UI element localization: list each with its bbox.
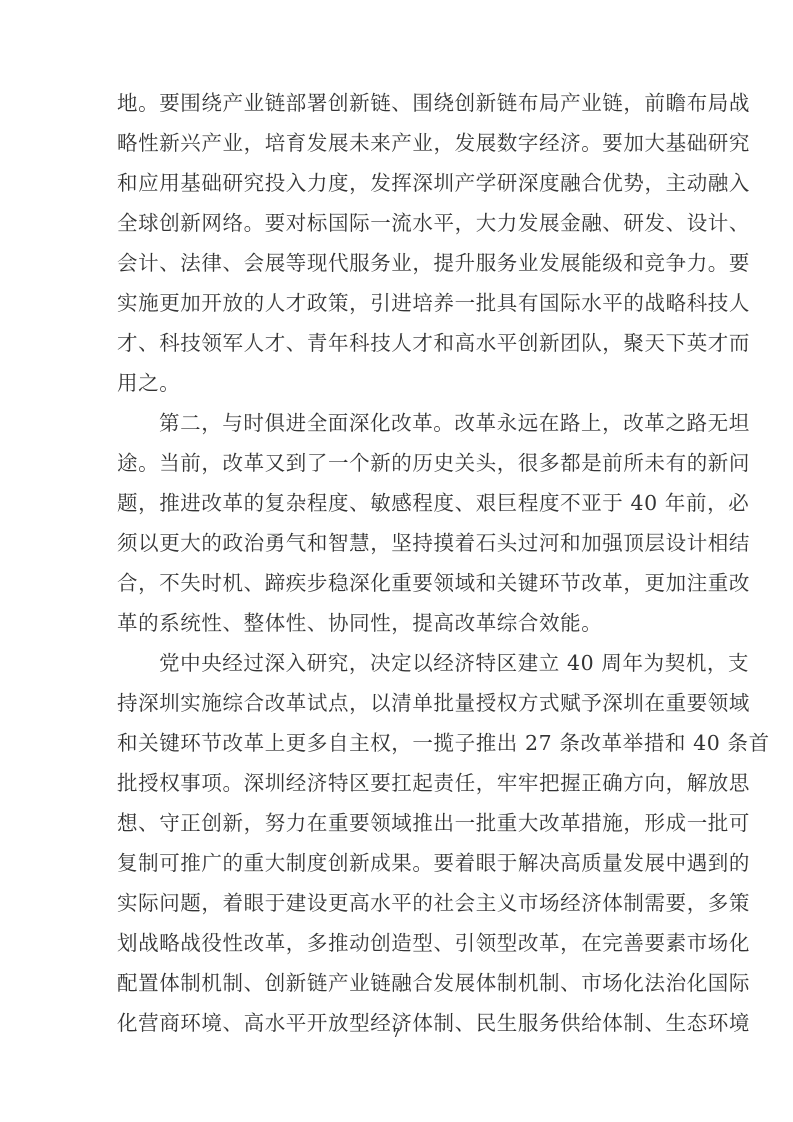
text-line: 才、科技领军人才、青年科技人才和高水平创新团队，聚天下英才而: [117, 323, 674, 363]
text-line: 和应用基础研究投入力度，发挥深圳产学研深度融合优势，主动融入: [117, 163, 674, 203]
text-line: 持深圳实施综合改革试点，以清单批量授权方式赋予深圳在重要领域: [117, 683, 674, 723]
document-page: 地。要围绕产业链部署创新链、围绕创新链布局产业链，前瞻布局战 略性新兴产业，培育…: [0, 0, 793, 1122]
text-line: 党中央经过深入研究，决定以经济特区建立 40 周年为契机，支: [117, 643, 674, 683]
text-line: 划战略战役性改革，多推动创造型、引领型改革，在完善要素市场化: [117, 923, 674, 963]
text-line: 合，不失时机、蹄疾步稳深化重要领域和关键环节改革，更加注重改: [117, 563, 674, 603]
text-line: 复制可推广的重大制度创新成果。要着眼于解决高质量发展中遇到的: [117, 843, 674, 883]
text-line: 地。要围绕产业链部署创新链、围绕创新链布局产业链，前瞻布局战: [117, 83, 674, 123]
text-line: 和关键环节改革上更多自主权，一揽子推出 27 条改革举措和 40 条首: [117, 723, 674, 763]
paragraph-deepen-reform: 第二，与时俱进全面深化改革。改革永远在路上，改革之路无坦 途。当前，改革又到了一…: [117, 403, 674, 643]
text-line: 会计、法律、会展等现代服务业，提升服务业发展能级和竞争力。要: [117, 243, 674, 283]
text-line: 略性新兴产业，培育发展未来产业，发展数字经济。要加大基础研究: [117, 123, 674, 163]
document-body: 地。要围绕产业链部署创新链、围绕创新链布局产业链，前瞻布局战 略性新兴产业，培育…: [117, 83, 674, 1043]
text-line: 须以更大的政治勇气和智慧，坚持摸着石头过河和加强顶层设计相结: [117, 523, 674, 563]
text-line: 批授权事项。深圳经济特区要扛起责任，牢牢把握正确方向，解放思: [117, 763, 674, 803]
text-line: 革的系统性、整体性、协同性，提高改革综合效能。: [117, 603, 674, 643]
page-number: 7: [0, 1026, 793, 1040]
text-line: 全球创新网络。要对标国际一流水平，大力发展金融、研发、设计、: [117, 203, 674, 243]
text-line: 用之。: [117, 363, 674, 403]
text-line: 实际问题，着眼于建设更高水平的社会主义市场经济体制需要，多策: [117, 883, 674, 923]
paragraph-comprehensive-reform-pilot: 党中央经过深入研究，决定以经济特区建立 40 周年为契机，支 持深圳实施综合改革…: [117, 643, 674, 1043]
text-line: 配置体制机制、创新链产业链融合发展体制机制、市场化法治化国际: [117, 963, 674, 1003]
text-line: 途。当前，改革又到了一个新的历史关头，很多都是前所未有的新问: [117, 443, 674, 483]
text-line: 实施更加开放的人才政策，引进培养一批具有国际水平的战略科技人: [117, 283, 674, 323]
paragraph-innovation-continued: 地。要围绕产业链部署创新链、围绕创新链布局产业链，前瞻布局战 略性新兴产业，培育…: [117, 83, 674, 403]
text-line: 第二，与时俱进全面深化改革。改革永远在路上，改革之路无坦: [117, 403, 674, 443]
text-line: 题，推进改革的复杂程度、敏感程度、艰巨程度不亚于 40 年前，必: [117, 483, 674, 523]
text-line: 想、守正创新，努力在重要领域推出一批重大改革措施，形成一批可: [117, 803, 674, 843]
